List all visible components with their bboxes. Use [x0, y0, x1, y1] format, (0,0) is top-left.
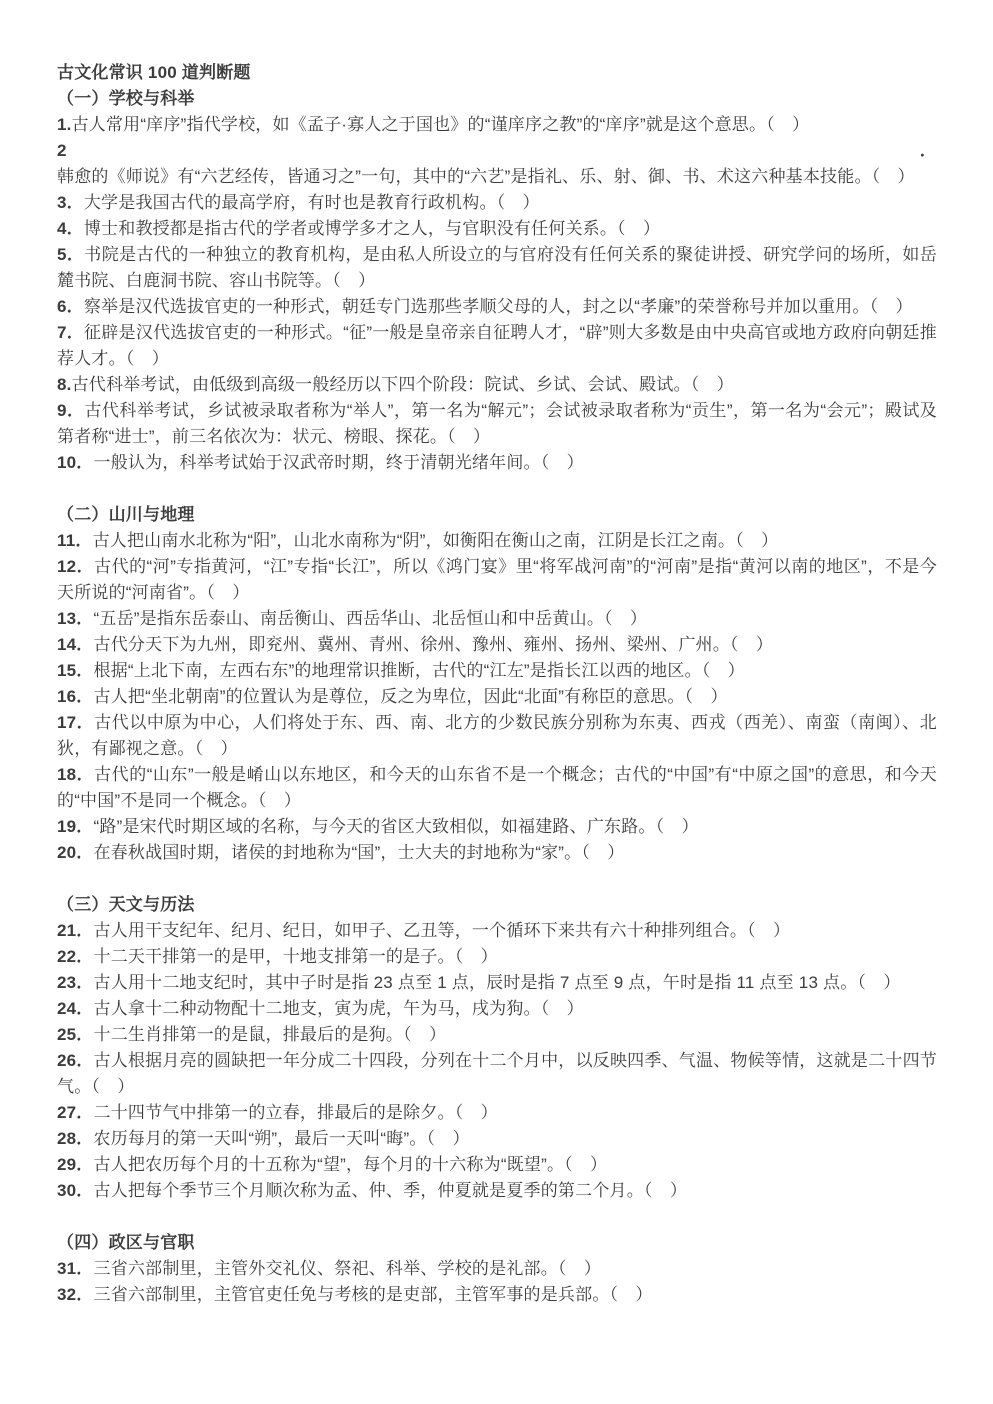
- question-text: 大学是我国古代的最高学府，有时也是教育行政机构。（ ）: [84, 193, 540, 212]
- question-number: 32．: [57, 1285, 94, 1304]
- question-number: 22．: [57, 947, 94, 966]
- question-row: 8.古代科举考试，由低级到高级一般经历以下四个阶段：院试、乡试、会试、殿试。（ …: [57, 372, 937, 398]
- question-number: 26．: [57, 1051, 94, 1070]
- question-row: 5．书院是古代的一种独立的教育机构，是由私人所设立的与官府没有任何关系的聚徒讲授…: [57, 242, 937, 294]
- question-number: 16．: [57, 687, 94, 706]
- question-row: 22．十二天干排第一的是甲，十地支排第一的是子。（ ）: [57, 944, 937, 970]
- question-number: 9．: [57, 401, 84, 420]
- question-text: “路”是宋代时期区域的名称，与今天的省区大致相似，如福建路、广东路。（ ）: [94, 817, 699, 836]
- document-body: 古文化常识 100 道判断题 （一）学校与科举1.古人常用“庠序”指代学校，如《…: [0, 0, 993, 1308]
- question-number: 8.: [57, 375, 72, 394]
- question-text: 古代的“山东”一般是崤山以东地区，和今天的山东省不是一个概念；古代的“中国”有“…: [57, 765, 937, 810]
- question-number: 19．: [57, 817, 94, 836]
- question-number: 27．: [57, 1103, 94, 1122]
- question-row: 1.古人常用“庠序”指代学校，如《孟子·寡人之于国也》的“谨庠序之教”的“庠序”…: [57, 112, 937, 138]
- question-row: 18．古代的“山东”一般是崤山以东地区，和今天的山东省不是一个概念；古代的“中国…: [57, 762, 937, 814]
- section-heading: （二）山川与地理: [57, 502, 937, 528]
- question-text: 古人拿十二种动物配十二地支，寅为虎，午为马，戌为狗。（ ）: [94, 999, 584, 1018]
- question-row: 32．三省六部制里，主管官吏任免与考核的是吏部，主管军事的是兵部。（ ）: [57, 1282, 937, 1308]
- question-number: 2．: [57, 141, 937, 160]
- question-text: 古代分天下为九州，即兖州、冀州、青州、徐州、豫州、雍州、扬州、梁州、广州。（ ）: [94, 635, 774, 654]
- question-row: 26．古人根据月亮的圆缺把一年分成二十四段，分列在十二个月中，以反映四季、气温、…: [57, 1048, 937, 1100]
- question-number: 21．: [57, 921, 94, 940]
- question-row: 3．大学是我国古代的最高学府，有时也是教育行政机构。（ ）: [57, 190, 937, 216]
- question-row: 31．三省六部制里，主管外交礼仪、祭祀、科举、学校的是礼部。（ ）: [57, 1256, 937, 1282]
- question-row: 27．二十四节气中排第一的立春，排最后的是除夕。（ ）: [57, 1100, 937, 1126]
- question-text: 博士和教授都是指古代的学者或博学多才之人，与官职没有任何关系。（ ）: [84, 219, 660, 238]
- question-number: 5．: [57, 245, 84, 264]
- question-number: 7．: [57, 323, 84, 342]
- section-heading: （四）政区与官职: [57, 1230, 937, 1256]
- question-text: 古人用十二地支纪时，其中子时是指 23 点至 1 点，辰时是指 7 点至 9 点…: [94, 973, 901, 992]
- question-number: 15．: [57, 661, 94, 680]
- document-page: 古文化常识 100 道判断题 （一）学校与科举1.古人常用“庠序”指代学校，如《…: [0, 0, 993, 1404]
- question-text: 古人把每个季节三个月顺次称为孟、仲、季，仲夏就是夏季的第二个月。（ ）: [94, 1181, 688, 1200]
- question-text: 古人用干支纪年、纪月、纪日，如甲子、乙丑等，一个循环下来共有六十种排列组合。（ …: [94, 921, 791, 940]
- question-row: 12．古代的“河”专指黄河，“江”专指“长江”，所以《鸿门宴》里“将军战河南”的…: [57, 554, 937, 606]
- question-text: 古人根据月亮的圆缺把一年分成二十四段，分列在十二个月中，以反映四季、气温、物候等…: [57, 1051, 937, 1096]
- question-number: 30．: [57, 1181, 94, 1200]
- question-row: 25．十二生肖排第一的是鼠，排最后的是狗。（ ）: [57, 1022, 937, 1048]
- question-text: 根据“上北下南，左西右东”的地理常识推断，古代的“江左”是指长江以西的地区。（ …: [94, 661, 745, 680]
- question-row: 11．古人把山南水北称为“阳”，山北水南称为“阴”，如衡阳在衡山之南，江阴是长江…: [57, 528, 937, 554]
- question-number: 28．: [57, 1129, 94, 1148]
- question-text: 古代科举考试，乡试被录取者称为“举人”，第一名为“解元”；会试被录取者称为“贡生…: [57, 401, 937, 446]
- question-row: 14．古代分天下为九州，即兖州、冀州、青州、徐州、豫州、雍州、扬州、梁州、广州。…: [57, 632, 937, 658]
- question-text: 古人把农历每个月的十五称为“望”，每个月的十六称为“既望”。（ ）: [94, 1155, 608, 1174]
- question-text: 三省六部制里，主管外交礼仪、祭祀、科举、学校的是礼部。（ ）: [94, 1259, 602, 1278]
- page-title: 古文化常识 100 道判断题: [57, 60, 937, 86]
- question-text: 二十四节气中排第一的立春，排最后的是除夕。（ ）: [94, 1103, 498, 1122]
- question-row: 6．察举是汉代选拔官吏的一种形式，朝廷专门选那些孝顺父母的人，封之以“孝廉”的荣…: [57, 294, 937, 320]
- question-row: 13．“五岳”是指东岳泰山、南岳衡山、西岳华山、北岳恒山和中岳黄山。（ ）: [57, 606, 937, 632]
- question-text: 古人把“坐北朝南”的位置认为是尊位，反之为卑位，因此“北面”有称臣的意思。（ ）: [94, 687, 728, 706]
- question-row: 23．古人用十二地支纪时，其中子时是指 23 点至 1 点，辰时是指 7 点至 …: [57, 970, 937, 996]
- question-row: 29．古人把农历每个月的十五称为“望”，每个月的十六称为“既望”。（ ）: [57, 1152, 937, 1178]
- question-row: 16．古人把“坐北朝南”的位置认为是尊位，反之为卑位，因此“北面”有称臣的意思。…: [57, 684, 937, 710]
- question-row: 24．古人拿十二种动物配十二地支，寅为虎，午为马，戌为狗。（ ）: [57, 996, 937, 1022]
- question-row: 4．博士和教授都是指古代的学者或博学多才之人，与官职没有任何关系。（ ）: [57, 216, 937, 242]
- question-text: 书院是古代的一种独立的教育机构，是由私人所设立的与官府没有任何关系的聚徒讲授、研…: [57, 245, 937, 290]
- question-row: 21．古人用干支纪年、纪月、纪日，如甲子、乙丑等，一个循环下来共有六十种排列组合…: [57, 918, 937, 944]
- question-text: 一般认为，科举考试始于汉武帝时期，终于清朝光绪年间。（ ）: [94, 453, 584, 472]
- question-text: 古代的“河”专指黄河，“江”专指“长江”，所以《鸿门宴》里“将军战河南”的“河南…: [57, 557, 937, 602]
- blank-line: [57, 1204, 937, 1230]
- question-row: 10．一般认为，科举考试始于汉武帝时期，终于清朝光绪年间。（ ）: [57, 450, 937, 476]
- question-text: 古代以中原为中心，人们将处于东、西、南、北方的少数民族分别称为东夷、西戎（西羌）…: [57, 713, 937, 758]
- question-text: 古人把山南水北称为“阳”，山北水南称为“阴”，如衡阳在衡山之南，江阴是长江之南。…: [93, 531, 779, 550]
- question-text: 征辟是汉代选拔官吏的一种形式。“征”一般是皇帝亲自征聘人才，“辟”则大多数是由中…: [57, 323, 937, 368]
- question-row: 30．古人把每个季节三个月顺次称为孟、仲、季，仲夏就是夏季的第二个月。（ ）: [57, 1178, 937, 1204]
- question-row: 19．“路”是宋代时期区域的名称，与今天的省区大致相似，如福建路、广东路。（ ）: [57, 814, 937, 840]
- question-number: 6．: [57, 297, 84, 316]
- question-text: “五岳”是指东岳泰山、南岳衡山、西岳华山、北岳恒山和中岳黄山。（ ）: [94, 609, 648, 628]
- question-number: 24．: [57, 999, 94, 1018]
- question-row: 17．古代以中原为中心，人们将处于东、西、南、北方的少数民族分别称为东夷、西戎（…: [57, 710, 937, 762]
- blank-line: [57, 866, 937, 892]
- question-text: 农历每月的第一天叫“朔”，最后一天叫“晦”。（ ）: [94, 1129, 470, 1148]
- question-number: 14．: [57, 635, 94, 654]
- question-text: 在春秋战国时期，诸侯的封地称为“国”，士大夫的封地称为“家”。（ ）: [94, 843, 625, 862]
- question-text: 韩愈的《师说》有“六艺经传，皆通习之”一句，其中的“六艺”是指礼、乐、射、御、书…: [57, 167, 915, 186]
- question-text: 古人常用“庠序”指代学校，如《孟子·寡人之于国也》的“谨庠序之教”的“庠序”就是…: [72, 115, 810, 134]
- question-number: 10．: [57, 453, 94, 472]
- question-number: 11．: [57, 531, 93, 550]
- blank-line: [57, 476, 937, 502]
- section-heading: （三）天文与历法: [57, 892, 937, 918]
- question-number: 1.: [57, 115, 72, 134]
- question-number: 4．: [57, 219, 84, 238]
- question-number: 13．: [57, 609, 94, 628]
- question-row: 9．古代科举考试，乡试被录取者称为“举人”，第一名为“解元”；会试被录取者称为“…: [57, 398, 937, 450]
- question-row: 20．在春秋战国时期，诸侯的封地称为“国”，士大夫的封地称为“家”。（ ）: [57, 840, 937, 866]
- question-text: 三省六部制里，主管官吏任免与考核的是吏部，主管军事的是兵部。（ ）: [94, 1285, 653, 1304]
- question-number: 23．: [57, 973, 94, 992]
- section-heading: （一）学校与科举: [57, 86, 937, 112]
- question-text: 十二生肖排第一的是鼠，排最后的是狗。（ ）: [94, 1025, 447, 1044]
- question-row: 7．征辟是汉代选拔官吏的一种形式。“征”一般是皇帝亲自征聘人才，“辟”则大多数是…: [57, 320, 937, 372]
- question-number: 29．: [57, 1155, 94, 1174]
- question-text: 察举是汉代选拔官吏的一种形式，朝廷专门选那些孝顺父母的人，封之以“孝廉”的荣誉称…: [84, 297, 913, 316]
- question-text: 十二天干排第一的是甲，十地支排第一的是子。（ ）: [94, 947, 498, 966]
- question-number: 31．: [57, 1259, 94, 1278]
- question-number: 25．: [57, 1025, 94, 1044]
- question-row: 15．根据“上北下南，左西右东”的地理常识推断，古代的“江左”是指长江以西的地区…: [57, 658, 937, 684]
- question-text: 古代科举考试，由低级到高级一般经历以下四个阶段：院试、乡试、会试、殿试。（ ）: [72, 375, 734, 394]
- question-number: 17．: [57, 713, 94, 732]
- question-number: 20．: [57, 843, 94, 862]
- question-number: 12．: [57, 557, 94, 576]
- question-row: 2．韩愈的《师说》有“六艺经传，皆通习之”一句，其中的“六艺”是指礼、乐、射、御…: [57, 138, 937, 190]
- question-row: 28．农历每月的第一天叫“朔”，最后一天叫“晦”。（ ）: [57, 1126, 937, 1152]
- question-number: 18．: [57, 765, 94, 784]
- question-number: 3．: [57, 193, 84, 212]
